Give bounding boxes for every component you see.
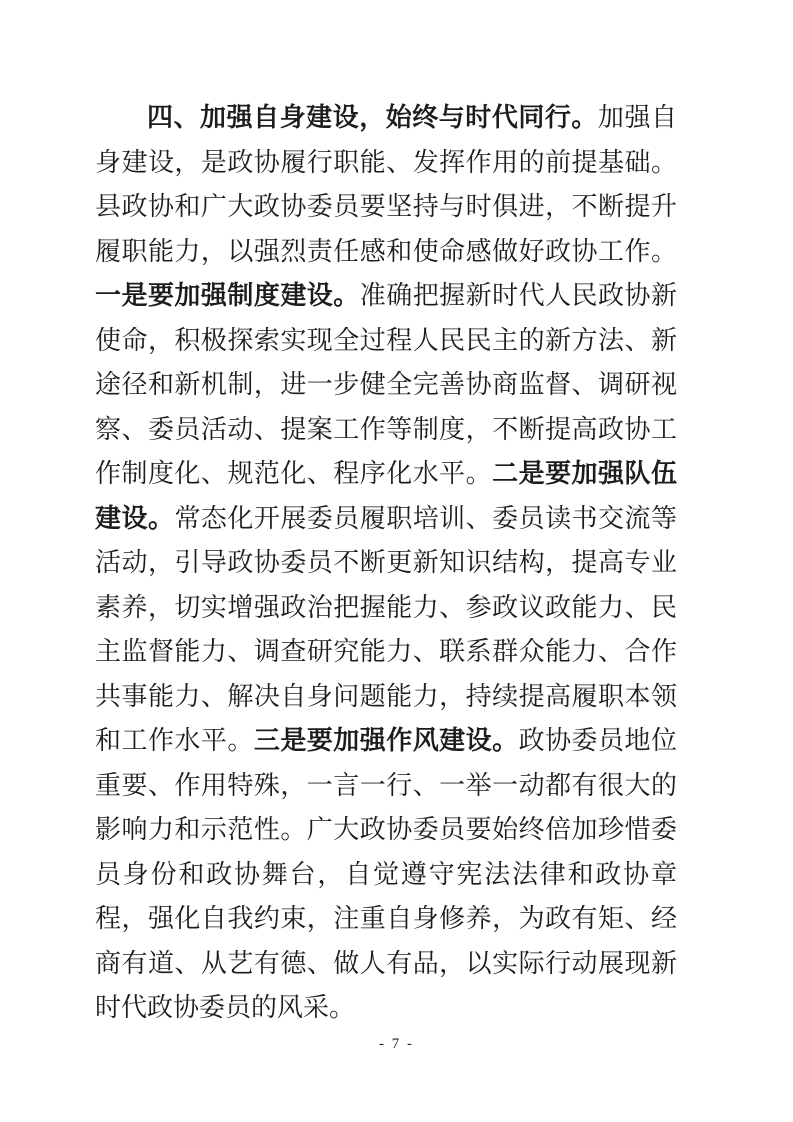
body-text: 准确把握新时代人民政协新使命，积极探索实现全过程人民民主的新方法、新途径和新机制… [95,281,677,488]
body-text: 常态化开展委员履职培训、委员读书交流等活动，引导政协委员不断更新知识结构，提高专… [95,504,677,756]
section-heading: 四、加强自身建设，始终与时代同行。 [147,103,598,132]
subheading-point-three: 三是要加强作风建设。 [254,726,519,755]
paragraph: 四、加强自身建设，始终与时代同行。加强自身建设，是政协履行职能、发挥作用的前提基… [95,96,677,1031]
subheading-point-one: 一是要加强制度建设。 [95,281,360,310]
document-body: 四、加强自身建设，始终与时代同行。加强自身建设，是政协履行职能、发挥作用的前提基… [95,96,677,1031]
page-number: - 7 - [0,1036,793,1053]
body-text: 政协委员地位重要、作用特殊，一言一行、一举一动都有很大的影响力和示范性。广大政协… [95,726,677,1022]
document-page: 四、加强自身建设，始终与时代同行。加强自身建设，是政协履行职能、发挥作用的前提基… [0,0,793,1122]
